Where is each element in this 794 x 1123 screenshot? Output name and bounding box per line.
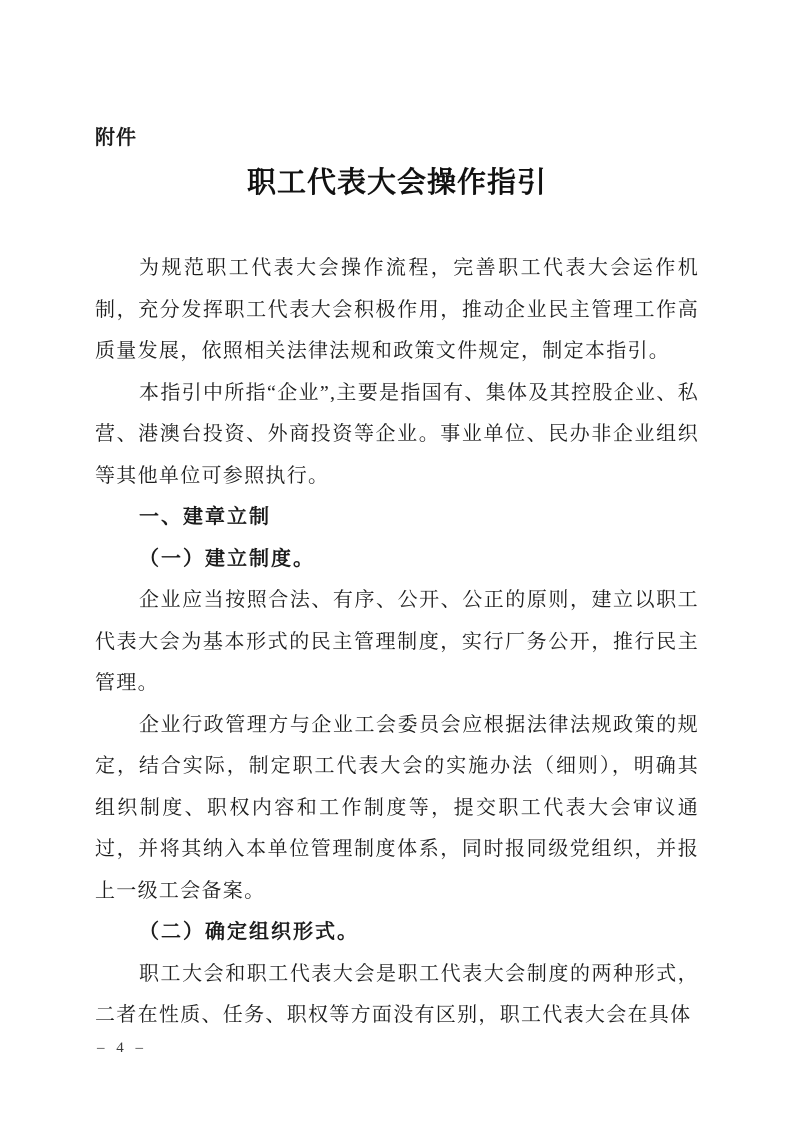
document-page: 附件 职工代表大会操作指引 为规范职工代表大会操作流程，完善职工代表大会运作机制… (0, 0, 794, 1123)
subsection-heading-1-1: （一）建立制度。 (95, 539, 699, 581)
document-title: 职工代表大会操作指引 (95, 162, 699, 204)
paragraph-intro: 为规范职工代表大会操作流程，完善职工代表大会运作机制，充分发挥职工代表大会积极作… (95, 248, 699, 373)
document-content: 附件 职工代表大会操作指引 为规范职工代表大会操作流程，完善职工代表大会运作机制… (95, 126, 699, 1037)
page-number: – 4 – (97, 1040, 147, 1057)
paragraph-organization-forms: 职工大会和职工代表大会是职工代表大会制度的两种形式，二者在性质、任务、职权等方面… (95, 954, 699, 1037)
attachment-label: 附件 (95, 126, 699, 150)
paragraph-implementation-measures: 企业行政管理方与企业工会委员会应根据法律法规政策的规定，结合实际，制定职工代表大… (95, 705, 699, 913)
paragraph-scope: 本指引中所指“企业”,主要是指国有、集体及其控股企业、私营、港澳台投资、外商投资… (95, 373, 699, 498)
paragraph-establish-system: 企业应当按照合法、有序、公开、公正的原则，建立以职工代表大会为基本形式的民主管理… (95, 580, 699, 705)
subsection-heading-1-2: （二）确定组织形式。 (95, 912, 699, 954)
section-heading-1: 一、建章立制 (95, 497, 699, 539)
